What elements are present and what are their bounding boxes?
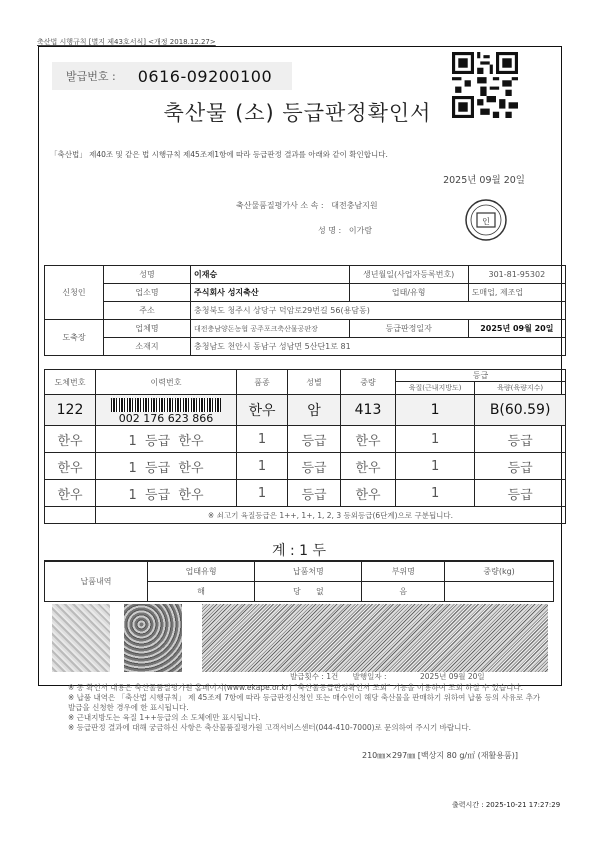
paper-spec: 210㎜×297㎜ [백상지 80 g/㎡ (재활용품)]: [362, 750, 518, 761]
watermark-text: 등급: [288, 453, 341, 480]
breed-header: 품종: [237, 370, 288, 395]
footnote: ※ 동 확인서 내용은 축산물품질평가원 홈페이지(www.ekape.or.k…: [68, 683, 548, 693]
carcass-no-header: 도체번호: [45, 370, 96, 395]
breed: 한우: [237, 395, 288, 426]
delivery-value: 당 없: [255, 582, 362, 602]
company-header: 업체명: [104, 320, 191, 338]
dob-header: 생년월일(사업자등록번호): [349, 266, 468, 284]
weight: 413: [341, 395, 396, 426]
quality-header: 육질(근내지방도): [396, 382, 475, 395]
applicant-info-table: 신청인 성명 이재승 생년월일(사업자등록번호) 301-81-95302 업소…: [44, 265, 566, 356]
sex: 암: [288, 395, 341, 426]
print-time: 출력시간 : 2025-10-21 17:27:29: [452, 800, 560, 810]
name-value: 이가람: [349, 226, 372, 235]
svg-text:인: 인: [482, 216, 490, 226]
business-header: 업소명: [104, 284, 191, 302]
watermark-text: 등급: [475, 480, 566, 507]
total-count: 계 : 1 두: [44, 540, 554, 561]
applicant-group-label: 신청인: [45, 266, 104, 320]
footnote: ※ 등급판정 결과에 대해 궁금하신 사항은 축산물품질평가원 고객서비스센터(…: [68, 723, 548, 733]
grade-note: ※ 쇠고기 육질등급은 1++, 1+, 1, 2, 3 등외등급(6단계)으로…: [96, 507, 566, 524]
delivery-header: 납품처명: [255, 562, 362, 582]
legal-basis-text: 「축산법」 제40조 및 같은 법 시행규칙 제45조제1항에 따라 등급판정 …: [50, 149, 388, 160]
applicant-dob: 301-81-95302: [468, 266, 565, 284]
watermark-text: 한우: [341, 453, 396, 480]
barcode-icon: [111, 398, 221, 412]
footnote: ※ 근내지방도는 육질 1++등급의 소 도체에만 표시됩니다.: [68, 713, 548, 723]
delivery-value: 음: [362, 582, 445, 602]
grading-date-header: 등급판정일자: [349, 320, 468, 338]
delivery-label: 납품내역: [45, 562, 148, 602]
applicant-address: 충청북도 청주시 상당구 덕암로29번길 56(용담동): [191, 302, 566, 320]
watermark-row: 한우 1 등급 한우 1 등급 한우 1 등급: [45, 453, 566, 480]
watermark-text: 등급: [288, 480, 341, 507]
watermark-text: 한우: [45, 426, 96, 453]
weight-header: 중량: [341, 370, 396, 395]
watermark-text: 한우: [45, 453, 96, 480]
yield-grade: B(60.59): [475, 395, 566, 426]
issue-date: 2025년 09월 20일: [420, 671, 485, 682]
watermark-text: 1: [396, 480, 475, 507]
watermark-text: 1: [237, 453, 288, 480]
security-pattern-area: [52, 604, 552, 674]
footnotes: ※ 동 확인서 내용은 축산물품질평가원 홈페이지(www.ekape.or.k…: [68, 683, 548, 733]
watermark-text: 1: [237, 426, 288, 453]
footnote: ※ 납품 내역은 「축산법 시행규칙」 제 45조제 7항에 따라 등급판정신청…: [68, 693, 548, 713]
address-header: 주소: [104, 302, 191, 320]
biz-type-header: 업태/유형: [349, 284, 468, 302]
quality-grade: 1: [396, 395, 475, 426]
watermark-text: 1 등급 한우: [96, 480, 237, 507]
watermark-text: 1 등급 한우: [96, 426, 237, 453]
issue-count: 발급횟수 : 1건 발행일자 :: [290, 671, 387, 682]
security-pattern-image: [124, 604, 182, 672]
watermark-row: 한우 1 등급 한우 1 등급 한우 1 등급: [45, 426, 566, 453]
issue-number-box: 발급번호 : 0616-09200100: [52, 62, 292, 90]
applicant-biz-type: 도매업, 제조업: [468, 284, 565, 302]
slaughterhouse-location: 충청남도 천안시 동남구 성남면 5산단1로 81: [191, 338, 566, 356]
inspector-affiliation: 축산물품질평가사 소 속 : 대전충남지원: [236, 200, 378, 211]
issue-date-label: 발행일자 :: [353, 672, 387, 681]
watermark-text: 1: [396, 453, 475, 480]
grade-header: 등급: [396, 370, 566, 382]
watermark-text: 1 등급 한우: [96, 453, 237, 480]
issue-number-label: 발급번호 :: [66, 68, 116, 84]
watermark-text: 한우: [341, 480, 396, 507]
watermark-text: 등급: [288, 426, 341, 453]
watermark-text: 등급: [475, 453, 566, 480]
applicant-business: 주식회사 성지축산: [191, 284, 350, 302]
security-pattern-image: [202, 604, 548, 672]
delivery-header: 부위명: [362, 562, 445, 582]
watermark-text: 한우: [45, 480, 96, 507]
issue-count-text: 발급횟수 : 1건: [290, 672, 338, 681]
affiliation-label: 축산물품질평가사 소 속 :: [236, 201, 324, 210]
official-seal-icon: 인: [464, 198, 508, 242]
delivery-value: 해: [148, 582, 255, 602]
delivery-header: 업태유형: [148, 562, 255, 582]
inspector-name: 성 명 : 이가람: [318, 225, 372, 236]
watermark-text: 1: [237, 480, 288, 507]
grade-table: 도체번호 이력번호 품종 성별 중량 등급 육질(근내지방도) 육량(육량지수)…: [44, 369, 566, 524]
location-header: 소재지: [104, 338, 191, 356]
slaughterhouse-group-label: 도축장: [45, 320, 104, 356]
grading-date: 2025년 09월 20일: [468, 320, 565, 338]
watermark-text: 등급: [475, 426, 566, 453]
sex-header: 성별: [288, 370, 341, 395]
yield-header: 육량(육량지수): [475, 382, 566, 395]
document-title: 축산물 (소) 등급판정확인서: [0, 97, 595, 127]
confirm-date: 2025년 09월 20일: [443, 172, 525, 186]
affiliation-value: 대전충남지원: [331, 201, 377, 210]
slaughterhouse-company: 대전충남양돈농협 공주포크축산물공판장: [191, 320, 350, 338]
carcass-no: 122: [45, 395, 96, 426]
name-header: 성명: [104, 266, 191, 284]
applicant-name: 이재승: [191, 266, 350, 284]
watermark-text: 1: [396, 426, 475, 453]
watermark-text: 한우: [341, 426, 396, 453]
table-row: 122 002 176 623 866 한우 암 413 1 B(60.59): [45, 395, 566, 426]
name-label: 성 명 :: [318, 226, 341, 235]
delivery-table: 납품내역 업태유형 납품처명 부위명 중량(kg) 해 당 없 음: [44, 561, 554, 602]
issue-number: 0616-09200100: [138, 67, 272, 86]
security-pattern-image: [52, 604, 110, 672]
trace-no-header: 이력번호: [96, 370, 237, 395]
watermark-row: 한우 1 등급 한우 1 등급 한우 1 등급: [45, 480, 566, 507]
delivery-header: 중량(kg): [445, 562, 554, 582]
trace-no-cell: 002 176 623 866: [96, 395, 237, 426]
trace-no: 002 176 623 866: [96, 412, 236, 425]
delivery-value: [445, 582, 554, 602]
